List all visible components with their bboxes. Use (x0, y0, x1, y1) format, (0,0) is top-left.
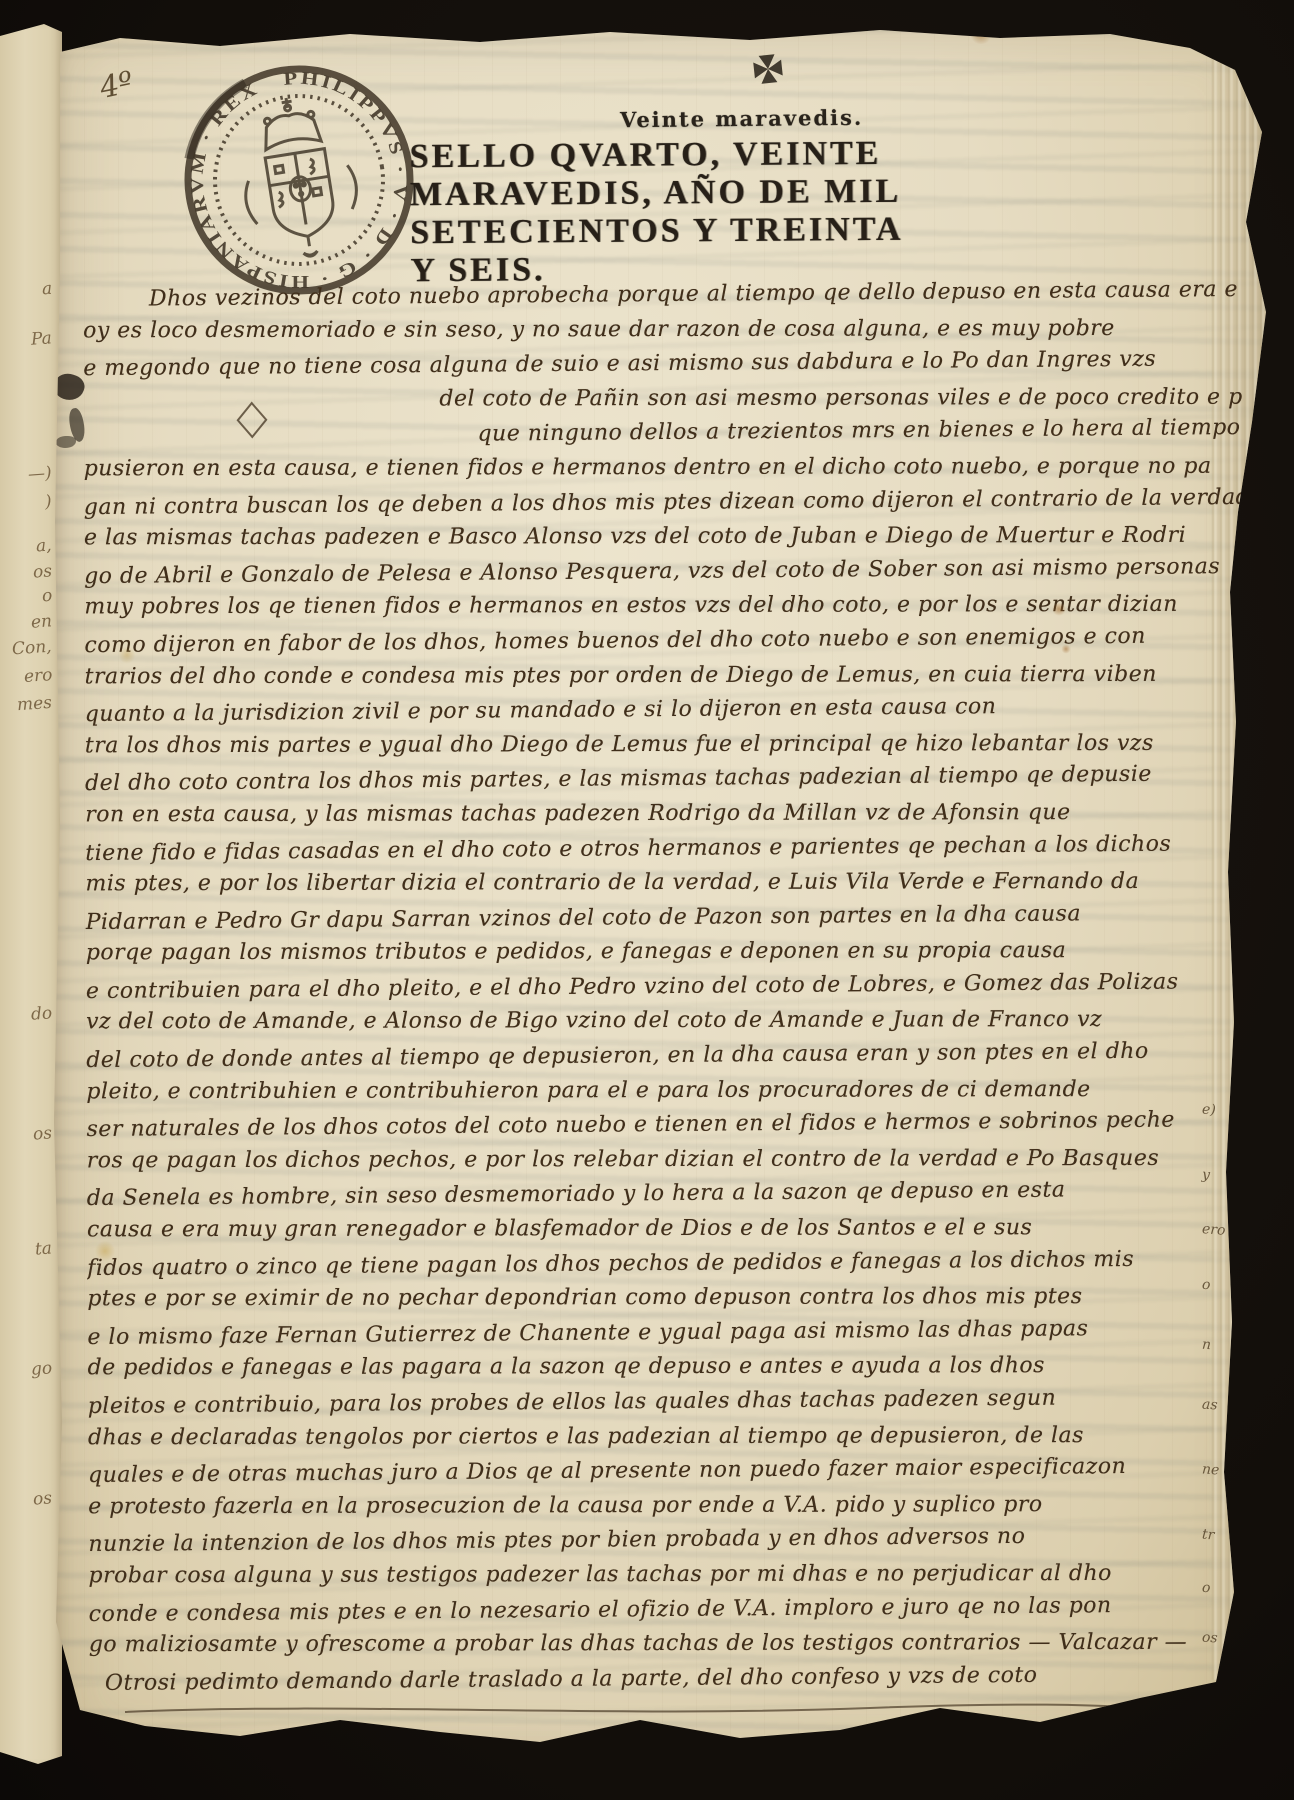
previous-page-text-fragment: mes (16, 693, 52, 715)
manuscript-line: mis ptes, e por los libertar dizia el co… (85, 865, 1245, 902)
curled-edge-text-fragment: tr (1201, 1527, 1214, 1544)
heading-line: MARAVEDIS, AÑO DE MIL (410, 172, 1050, 214)
previous-page-text-fragment: ) (45, 492, 53, 512)
previous-page-text-fragment: ta (34, 1238, 52, 1259)
manuscript-line: pusieron en esta causa, e tienen fidos e… (84, 450, 1244, 487)
curled-edge-text-fragment: as (1201, 1396, 1218, 1413)
curled-edge-text-fragment: ne (1201, 1461, 1219, 1478)
ink-smudge (56, 436, 76, 448)
previous-page-text-fragment: do (30, 1003, 52, 1024)
maltese-cross-icon (750, 50, 786, 88)
heading-line: SETECIENTOS Y TREINTA (410, 210, 1050, 252)
manuscript-line: causa e era muy gran renegador e blasfem… (87, 1211, 1247, 1248)
manuscript-line: quanto a la jurisdizion zivil e por su m… (85, 688, 1245, 733)
manuscript-line: del coto de donde antes al tiempo qe dep… (86, 1034, 1246, 1079)
curled-edge-text-fragment: os (1201, 1629, 1218, 1646)
folio-mark: 4º (97, 65, 137, 106)
previous-page-edge: aPa—))a,osoenCon,eromesdoostagoos (0, 24, 65, 1764)
previous-page-text-fragment: Pa (31, 328, 53, 349)
previous-page-text-fragment: en (30, 611, 52, 632)
previous-page-text-fragment: a (41, 279, 53, 300)
previous-page-text-fragment: os (32, 1488, 52, 1509)
manuscript-body: Dhos vezinos del coto nuebo aprobecha po… (83, 275, 1249, 1716)
previous-page-text-fragment: ero (23, 665, 53, 687)
previous-page-text-fragment: a, (36, 535, 53, 556)
previous-page-text-fragment: go (30, 1358, 52, 1379)
manuscript-line: probar cosa alguna y sus testigos padeze… (88, 1557, 1248, 1594)
previous-page-text-fragment: os (32, 561, 52, 582)
previous-page-text-fragment: —) (28, 463, 53, 485)
manuscript-page: 4º PHILIPPVS · V · D · G · HISPANIARVM ·… (50, 22, 1268, 1764)
printed-heading: SELLO QVARTO, VEINTE MARAVEDIS, AÑO DE M… (409, 134, 1050, 290)
tax-stamp-small-print: Veinte maravedis. (620, 105, 863, 133)
photographed-manuscript: aPa—))a,osoenCon,eromesdoostagoos 4º PHI… (0, 0, 1294, 1800)
manuscript-line: pleitos e contribuio, para los probes de… (88, 1380, 1248, 1425)
curled-edge-text-fragment: n (1201, 1337, 1211, 1354)
curled-edge-text-fragment: e) (1201, 1102, 1216, 1119)
curled-edge-text-fragment: ero (1201, 1221, 1225, 1239)
manuscript-line: Otrosi pedimto demando darle traslado a … (89, 1657, 1249, 1702)
heading-line: SELLO QVARTO, VEINTE (409, 134, 1049, 176)
previous-page-text-fragment: os (32, 1123, 52, 1144)
stain (968, 24, 994, 44)
seal-coat-of-arms (231, 89, 366, 264)
previous-page-text-fragment: Con, (12, 637, 53, 660)
curled-edge-text-fragment: y (1201, 1167, 1210, 1184)
manuscript-line: ron en esta causa, y las mismas tachas p… (85, 796, 1245, 833)
curled-edge-text-fragment: o (1201, 1277, 1211, 1294)
manuscript-line: como dijeron en fabor de los dhos, homes… (84, 619, 1244, 664)
curled-edge-text-fragment: o (1201, 1580, 1211, 1597)
previous-page-text-fragment: o (41, 586, 53, 607)
